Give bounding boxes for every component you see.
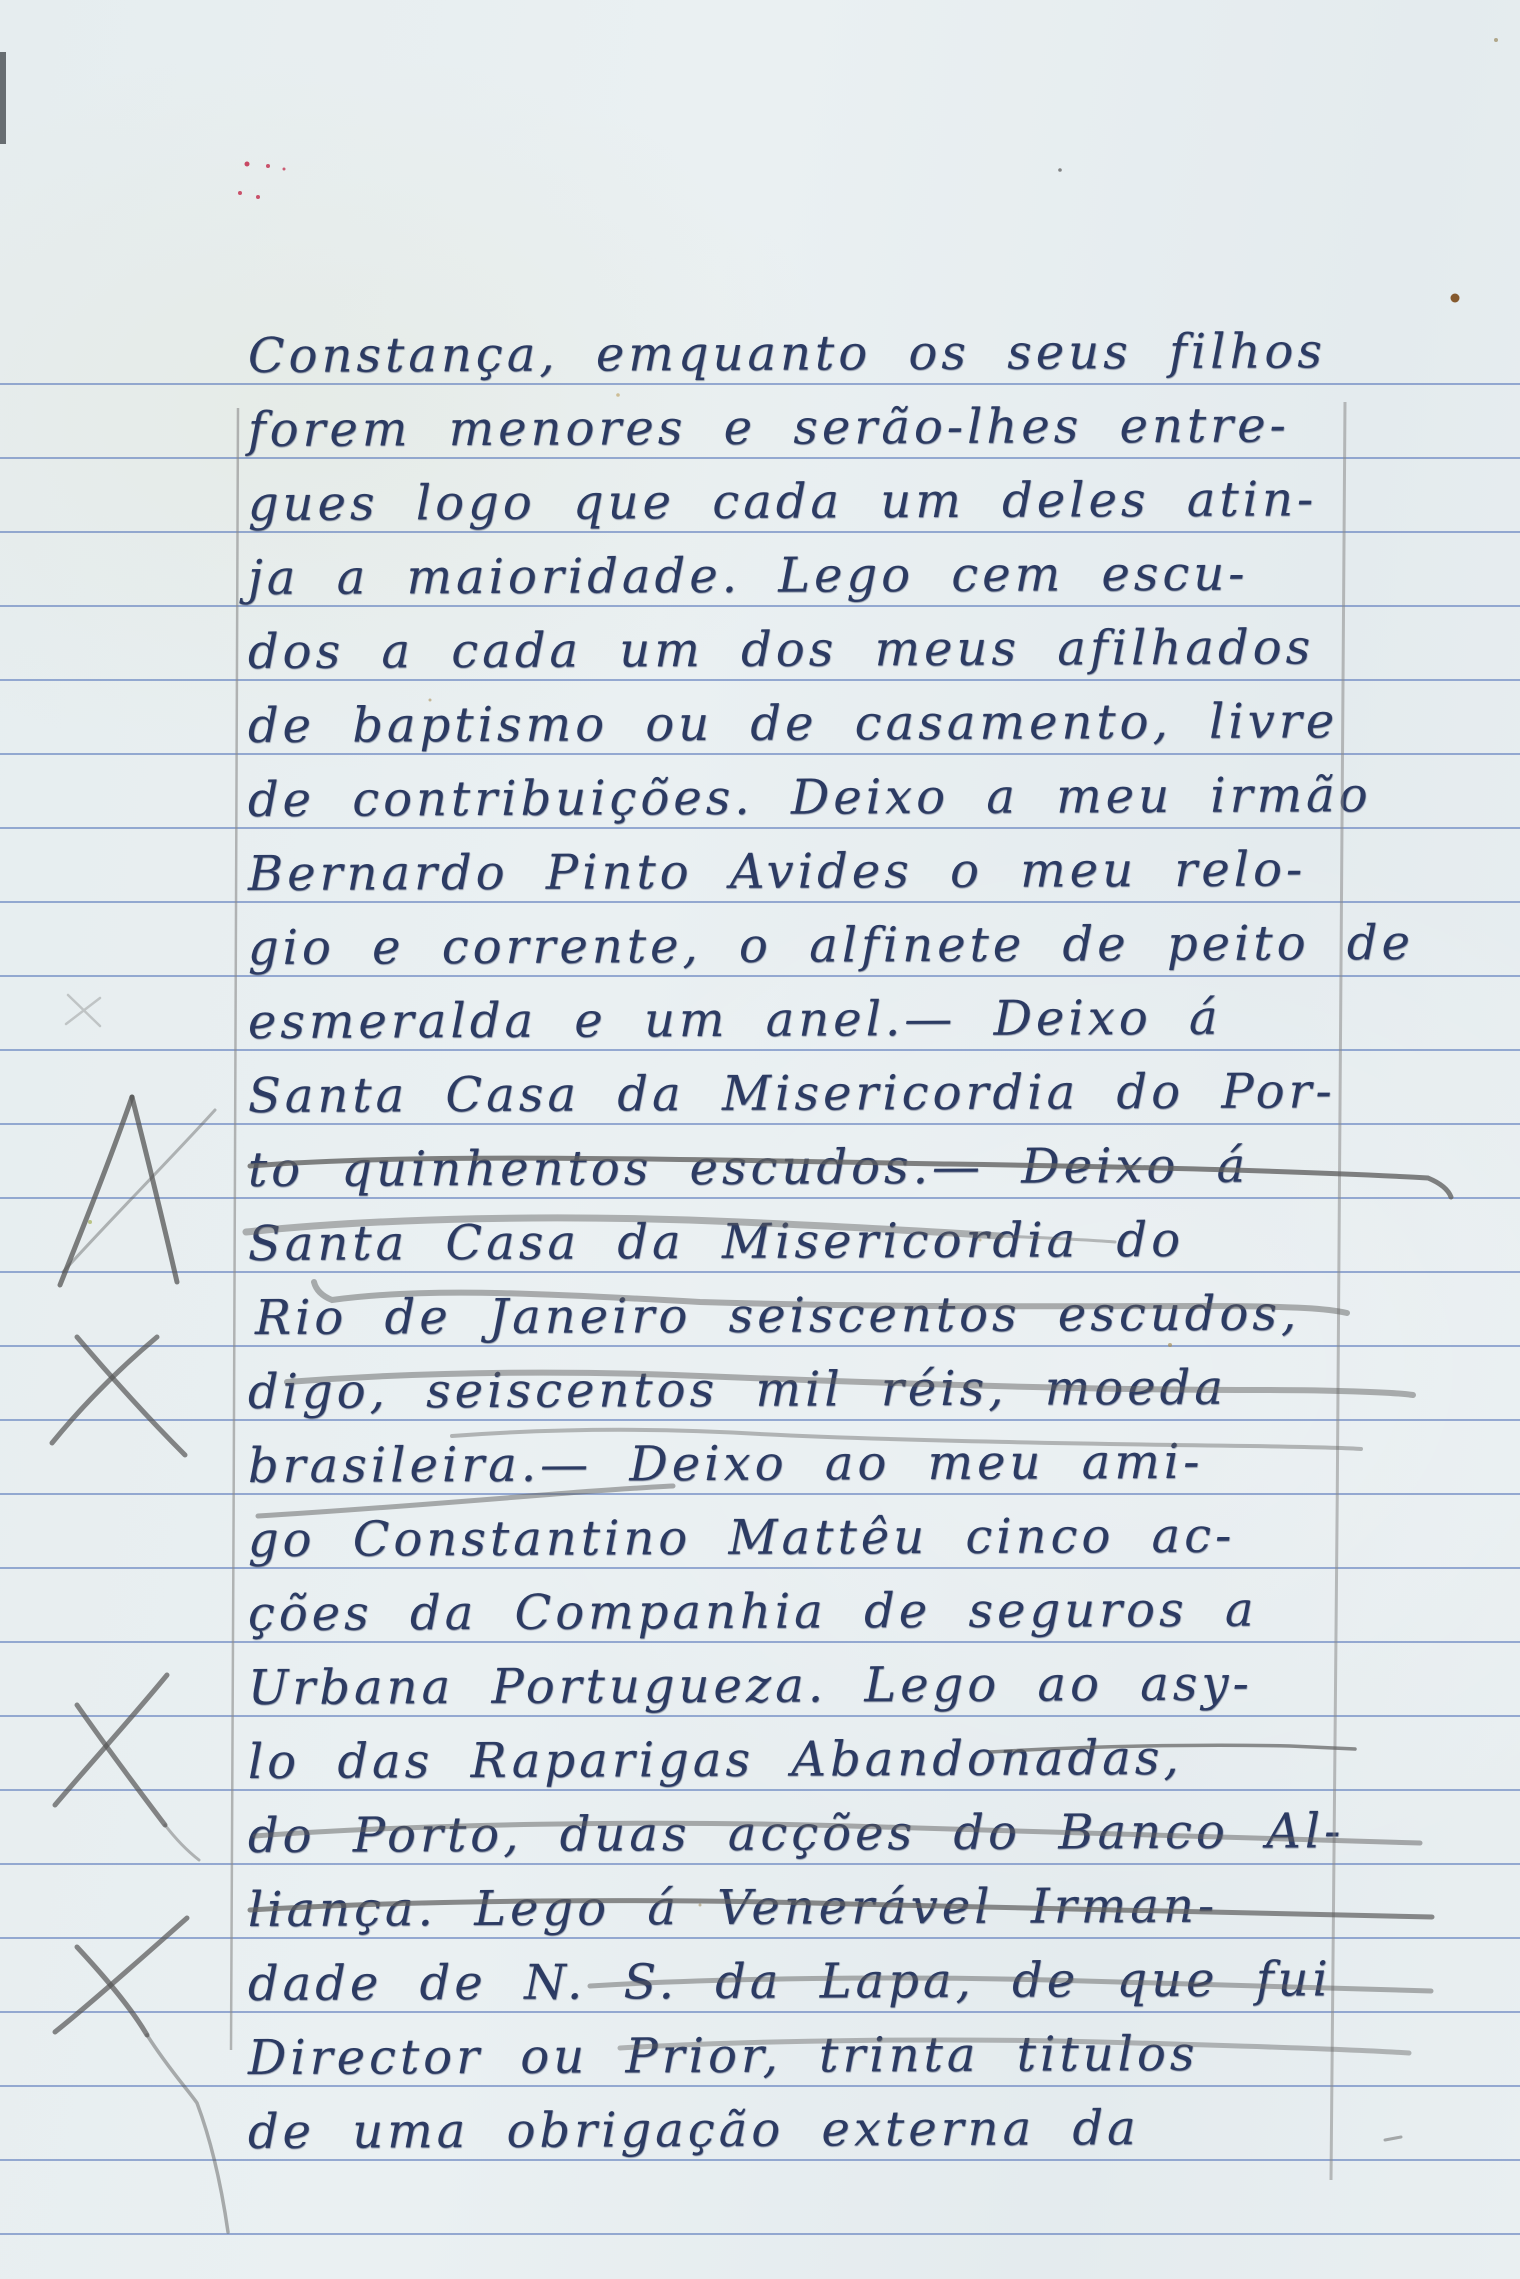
manuscript-line: lo das Raparigas Abandonadas,	[248, 1730, 1183, 1791]
manuscript-line: de uma obrigação externa da	[248, 2100, 1140, 2161]
manuscript-line: de contribuições. Deixo a meu irmão	[248, 767, 1372, 829]
manuscript-line: Bernardo Pinto Avides o meu relo-	[248, 841, 1307, 903]
manuscript-line: Santa Casa da Misericordia do Por-	[248, 1063, 1336, 1125]
manuscript-line: gues logo que cada um deles atin-	[248, 471, 1318, 533]
manuscript-line: Director ou Prior, trinta titulos	[248, 2026, 1199, 2087]
manuscript-line: esmeralda e um anel.— Deixo á	[248, 990, 1222, 1051]
manuscript-line: to quinhentos escudos.— Deixo á	[248, 1138, 1250, 1199]
manuscript-line: de baptismo ou de casamento, livre	[248, 693, 1339, 755]
manuscript-page: Constança, emquanto os seus filhos forem…	[0, 0, 1520, 2279]
manuscript-line: gio e corrente, o alfinete de peito de	[248, 915, 1414, 977]
manuscript-line: ções da Companhia de seguros a	[248, 1582, 1258, 1643]
manuscript-line: dos a cada um dos meus afilhados	[248, 619, 1315, 681]
manuscript-line: Constança, emquanto os seus filhos	[248, 323, 1326, 385]
manuscript-line: Santa Casa da Misericordia do	[248, 1212, 1184, 1273]
manuscript-line: Urbana Portugueza. Lego ao asy-	[248, 1656, 1253, 1717]
manuscript-line: do Porto, duas acções do Banco Al-	[248, 1803, 1345, 1865]
manuscript-line: go Constantino Mattêu cinco ac-	[248, 1508, 1236, 1569]
manuscript-line: brasileira.— Deixo ao meu ami-	[248, 1434, 1204, 1495]
manuscript-line: digo, seiscentos mil réis, moeda	[248, 1360, 1227, 1421]
manuscript-line: liança. Lego á Venerável Irman-	[248, 1878, 1218, 1939]
manuscript-line: dade de N. S. da Lapa, de que fui	[248, 1951, 1332, 2013]
manuscript-line: forem menores e serão-lhes entre-	[248, 397, 1290, 459]
manuscript-line: ja a maioridade. Lego cem escu-	[248, 546, 1249, 607]
manuscript-line: Rio de Janeiro seiscentos escudos,	[255, 1285, 1301, 1347]
scan-edge-shadow	[0, 52, 6, 144]
